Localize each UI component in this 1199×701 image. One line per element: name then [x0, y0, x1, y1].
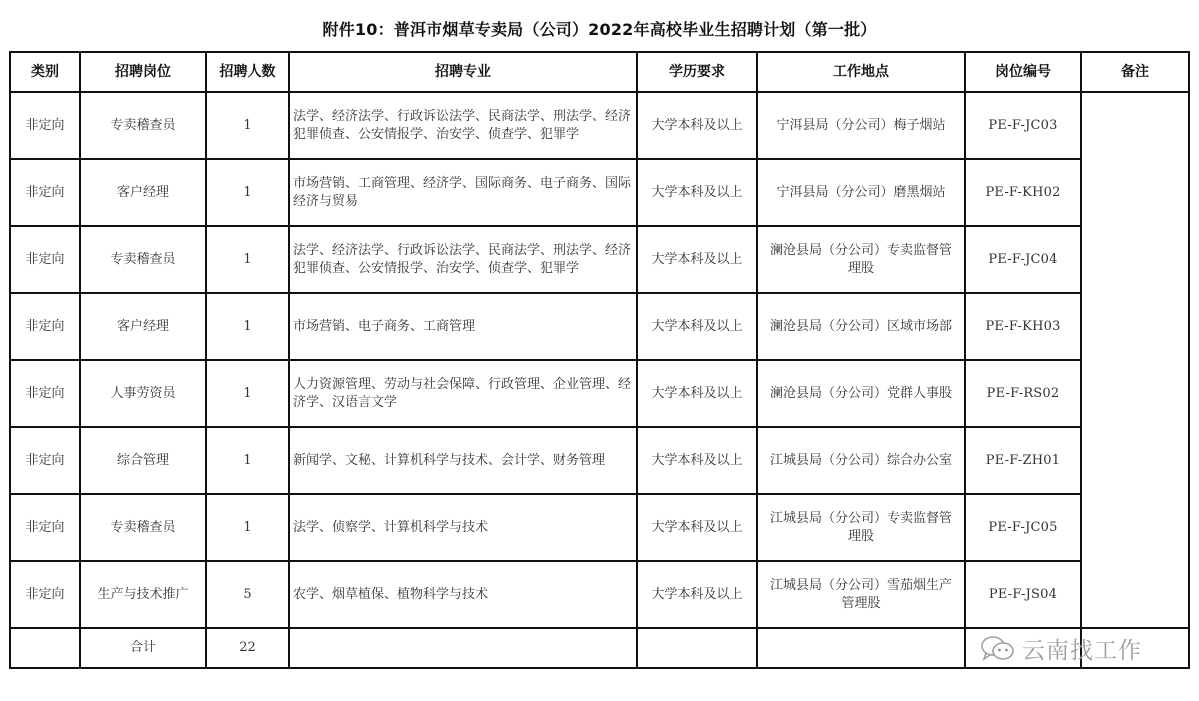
cell-education: 大学本科及以上	[637, 92, 757, 159]
cell-count: 1	[206, 293, 289, 360]
total-category-cell	[10, 628, 80, 668]
header-location: 工作地点	[757, 52, 965, 92]
total-remarks-cell	[1081, 628, 1189, 668]
cell-position: 客户经理	[80, 293, 206, 360]
cell-count: 5	[206, 561, 289, 628]
document-title: 附件10：普洱市烟草专卖局（公司）2022年高校毕业生招聘计划（第一批）	[0, 17, 1199, 40]
total-location-cell	[757, 628, 965, 668]
cell-category: 非定向	[10, 360, 80, 427]
total-education-cell	[637, 628, 757, 668]
cell-code: PE-F-KH03	[965, 293, 1081, 360]
cell-category: 非定向	[10, 427, 80, 494]
cell-position: 客户经理	[80, 159, 206, 226]
cell-position: 专卖稽查员	[80, 226, 206, 293]
cell-majors: 法学、经济法学、行政诉讼法学、民商法学、刑法学、经济犯罪侦查、公安情报学、治安学…	[289, 92, 637, 159]
header-majors: 招聘专业	[289, 52, 637, 92]
total-count: 22	[206, 628, 289, 668]
table-row: 非定向 专卖稽查员 1 法学、经济法学、行政诉讼法学、民商法学、刑法学、经济犯罪…	[10, 92, 1189, 159]
cell-majors: 市场营销、工商管理、经济学、国际商务、电子商务、国际经济与贸易	[289, 159, 637, 226]
table-row: 非定向 专卖稽查员 1 法学、侦察学、计算机科学与技术 大学本科及以上 江城县局…	[10, 494, 1189, 561]
cell-majors: 新闻学、文秘、计算机科学与技术、会计学、财务管理	[289, 427, 637, 494]
cell-education: 大学本科及以上	[637, 293, 757, 360]
cell-category: 非定向	[10, 226, 80, 293]
header-position: 招聘岗位	[80, 52, 206, 92]
cell-location: 江城县局（分公司）综合办公室	[757, 427, 965, 494]
cell-count: 1	[206, 159, 289, 226]
cell-code: PE-F-ZH01	[965, 427, 1081, 494]
cell-location: 宁洱县局（分公司）磨黑烟站	[757, 159, 965, 226]
cell-code: PE-F-JS04	[965, 561, 1081, 628]
cell-education: 大学本科及以上	[637, 561, 757, 628]
cell-category: 非定向	[10, 92, 80, 159]
cell-category: 非定向	[10, 293, 80, 360]
cell-count: 1	[206, 360, 289, 427]
cell-location: 澜沧县局（分公司）党群人事股	[757, 360, 965, 427]
total-code-cell	[965, 628, 1081, 668]
cell-position: 专卖稽查员	[80, 92, 206, 159]
cell-code: PE-F-RS02	[965, 360, 1081, 427]
table-row: 非定向 人事劳资员 1 人力资源管理、劳动与社会保障、行政管理、企业管理、经济学…	[10, 360, 1189, 427]
cell-category: 非定向	[10, 159, 80, 226]
table-row: 非定向 生产与技术推广 5 农学、烟草植保、植物科学与技术 大学本科及以上 江城…	[10, 561, 1189, 628]
cell-count: 1	[206, 92, 289, 159]
cell-location: 宁洱县局（分公司）梅子烟站	[757, 92, 965, 159]
table-row: 非定向 专卖稽查员 1 法学、经济法学、行政诉讼法学、民商法学、刑法学、经济犯罪…	[10, 226, 1189, 293]
cell-remarks	[1081, 92, 1189, 628]
cell-education: 大学本科及以上	[637, 427, 757, 494]
table-row: 非定向 客户经理 1 市场营销、电子商务、工商管理 大学本科及以上 澜沧县局（分…	[10, 293, 1189, 360]
cell-category: 非定向	[10, 494, 80, 561]
header-education: 学历要求	[637, 52, 757, 92]
cell-majors: 法学、经济法学、行政诉讼法学、民商法学、刑法学、经济犯罪侦查、公安情报学、治安学…	[289, 226, 637, 293]
total-row: 合计 22	[10, 628, 1189, 668]
cell-majors: 法学、侦察学、计算机科学与技术	[289, 494, 637, 561]
cell-majors: 农学、烟草植保、植物科学与技术	[289, 561, 637, 628]
cell-category: 非定向	[10, 561, 80, 628]
cell-code: PE-F-JC03	[965, 92, 1081, 159]
cell-count: 1	[206, 427, 289, 494]
cell-count: 1	[206, 226, 289, 293]
header-remarks: 备注	[1081, 52, 1189, 92]
cell-position: 生产与技术推广	[80, 561, 206, 628]
cell-education: 大学本科及以上	[637, 494, 757, 561]
cell-education: 大学本科及以上	[637, 360, 757, 427]
cell-majors: 市场营销、电子商务、工商管理	[289, 293, 637, 360]
cell-position: 人事劳资员	[80, 360, 206, 427]
table-row: 非定向 客户经理 1 市场营销、工商管理、经济学、国际商务、电子商务、国际经济与…	[10, 159, 1189, 226]
cell-education: 大学本科及以上	[637, 226, 757, 293]
cell-location: 澜沧县局（分公司）区域市场部	[757, 293, 965, 360]
cell-education: 大学本科及以上	[637, 159, 757, 226]
cell-position: 综合管理	[80, 427, 206, 494]
cell-majors: 人力资源管理、劳动与社会保障、行政管理、企业管理、经济学、汉语言文学	[289, 360, 637, 427]
total-majors-cell	[289, 628, 637, 668]
table-row: 非定向 综合管理 1 新闻学、文秘、计算机科学与技术、会计学、财务管理 大学本科…	[10, 427, 1189, 494]
cell-position: 专卖稽查员	[80, 494, 206, 561]
cell-code: PE-F-KH02	[965, 159, 1081, 226]
cell-count: 1	[206, 494, 289, 561]
recruitment-plan-table: 类别 招聘岗位 招聘人数 招聘专业 学历要求 工作地点 岗位编号 备注 非定向 …	[9, 51, 1190, 669]
cell-code: PE-F-JC04	[965, 226, 1081, 293]
cell-code: PE-F-JC05	[965, 494, 1081, 561]
cell-location: 澜沧县局（分公司）专卖监督管理股	[757, 226, 965, 293]
cell-location: 江城县局（分公司）专卖监督管理股	[757, 494, 965, 561]
total-label: 合计	[80, 628, 206, 668]
cell-location: 江城县局（分公司）雪茄烟生产管理股	[757, 561, 965, 628]
header-code: 岗位编号	[965, 52, 1081, 92]
table-header-row: 类别 招聘岗位 招聘人数 招聘专业 学历要求 工作地点 岗位编号 备注	[10, 52, 1189, 92]
header-count: 招聘人数	[206, 52, 289, 92]
header-category: 类别	[10, 52, 80, 92]
